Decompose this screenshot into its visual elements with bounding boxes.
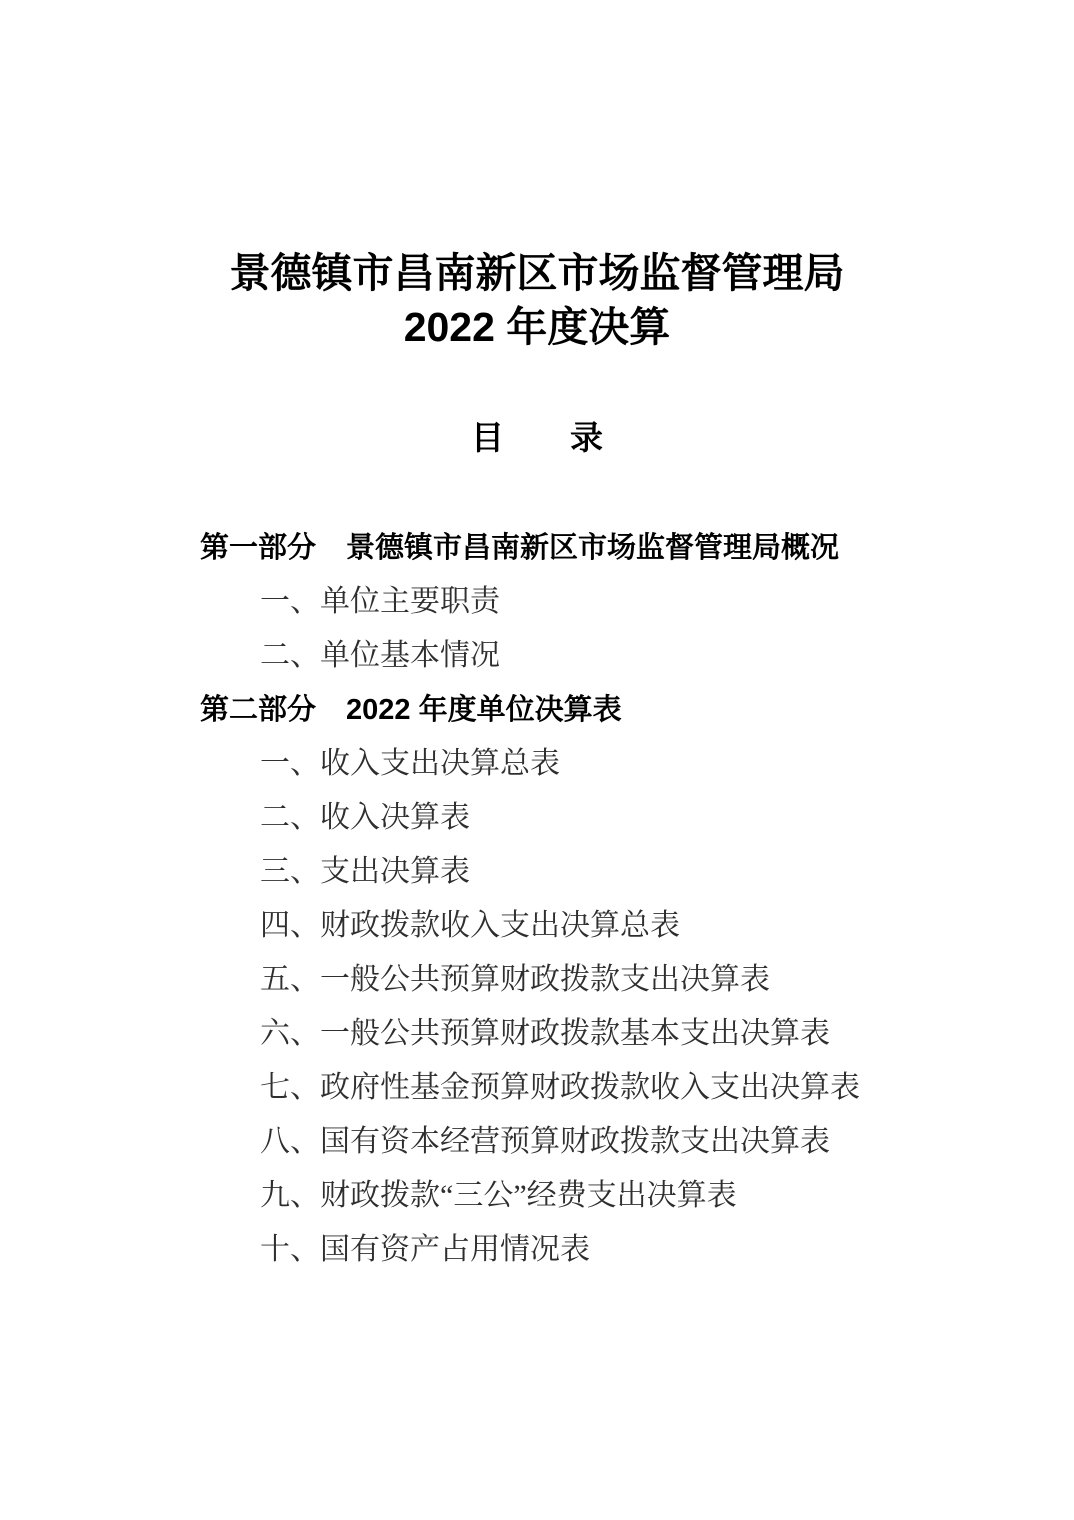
table-of-contents: 第一部分景德镇市昌南新区市场监督管理局概况 一、单位主要职责 二、单位基本情况 … <box>0 521 1074 1277</box>
toc-section-2-heading: 第二部分2022 年度单位决算表 <box>200 683 1014 737</box>
toc-item: 三、支出决算表 <box>200 845 1014 899</box>
toc-item: 二、收入决算表 <box>200 791 1014 845</box>
toc-section-2-number: 第二部分 <box>200 694 316 726</box>
toc-item: 二、单位基本情况 <box>200 629 1014 683</box>
toc-item: 八、国有资本经营预算财政拨款支出决算表 <box>200 1115 1014 1169</box>
toc-section-1-heading: 第一部分景德镇市昌南新区市场监督管理局概况 <box>200 521 1014 575</box>
toc-item: 十、国有资产占用情况表 <box>200 1223 1014 1277</box>
toc-section-1-title: 景德镇市昌南新区市场监督管理局概况 <box>346 532 839 564</box>
document-title-line2: 2022 年度决算 <box>0 300 1074 354</box>
document-title: 景德镇市昌南新区市场监督管理局 2022 年度决算 <box>0 0 1074 354</box>
toc-item: 六、一般公共预算财政拨款基本支出决算表 <box>200 1007 1014 1061</box>
toc-item: 一、单位主要职责 <box>200 575 1014 629</box>
document-page: 景德镇市昌南新区市场监督管理局 2022 年度决算 目 录 第一部分景德镇市昌南… <box>0 0 1074 1520</box>
toc-item: 四、财政拨款收入支出决算总表 <box>200 899 1014 953</box>
toc-item: 五、一般公共预算财政拨款支出决算表 <box>200 953 1014 1007</box>
document-title-line1: 景德镇市昌南新区市场监督管理局 <box>0 246 1074 300</box>
toc-item: 一、收入支出决算总表 <box>200 737 1014 791</box>
toc-section-2-title: 2022 年度单位决算表 <box>346 694 622 726</box>
toc-item: 七、政府性基金预算财政拨款收入支出决算表 <box>200 1061 1014 1115</box>
toc-item: 九、财政拨款“三公”经费支出决算表 <box>200 1169 1014 1223</box>
toc-section-1-number: 第一部分 <box>200 532 316 564</box>
table-of-contents-heading: 目 录 <box>0 411 1074 465</box>
